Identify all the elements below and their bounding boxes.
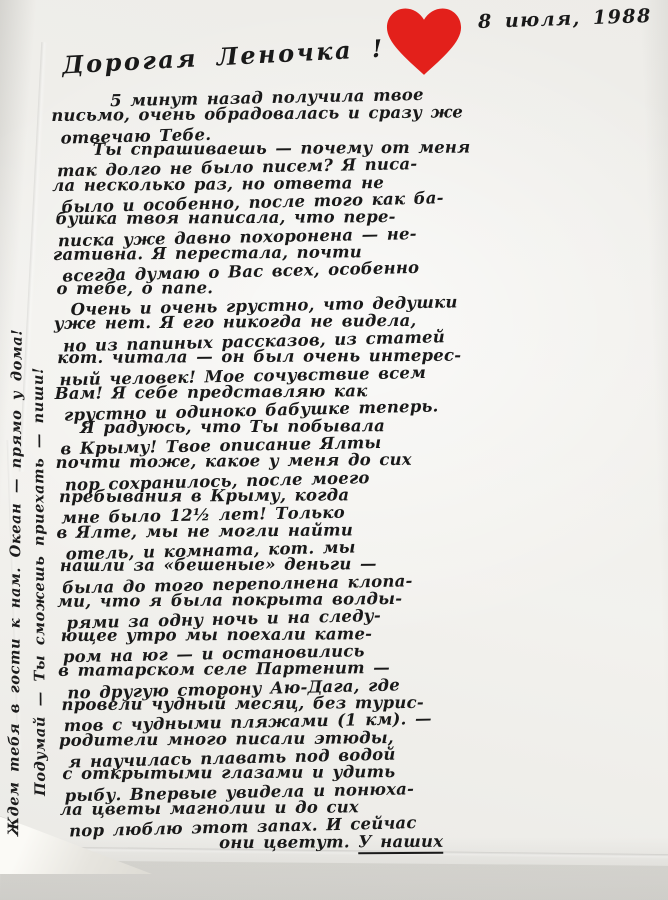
underlined-phrase: У наших bbox=[358, 832, 443, 855]
heart-sticker-icon bbox=[385, 8, 463, 76]
handwritten-line: они цветут. У наших bbox=[63, 831, 668, 852]
margin-note: Ждем тебя в гости к нам. Океан — прямо у… bbox=[6, 20, 50, 840]
salutation: Дорогая Леночка ! bbox=[61, 34, 385, 80]
margin-note-line: Подумай — Ты сможешь приехать — пиши! bbox=[26, 20, 52, 796]
scanned-letter-page: 8 июля, 1988 Дорогая Леночка ! 5 минут н… bbox=[0, 0, 668, 900]
letter-date: 8 июля, 1988 bbox=[478, 5, 652, 33]
letter-body: 5 минут назад получила твоеписьмо, очень… bbox=[54, 84, 668, 854]
